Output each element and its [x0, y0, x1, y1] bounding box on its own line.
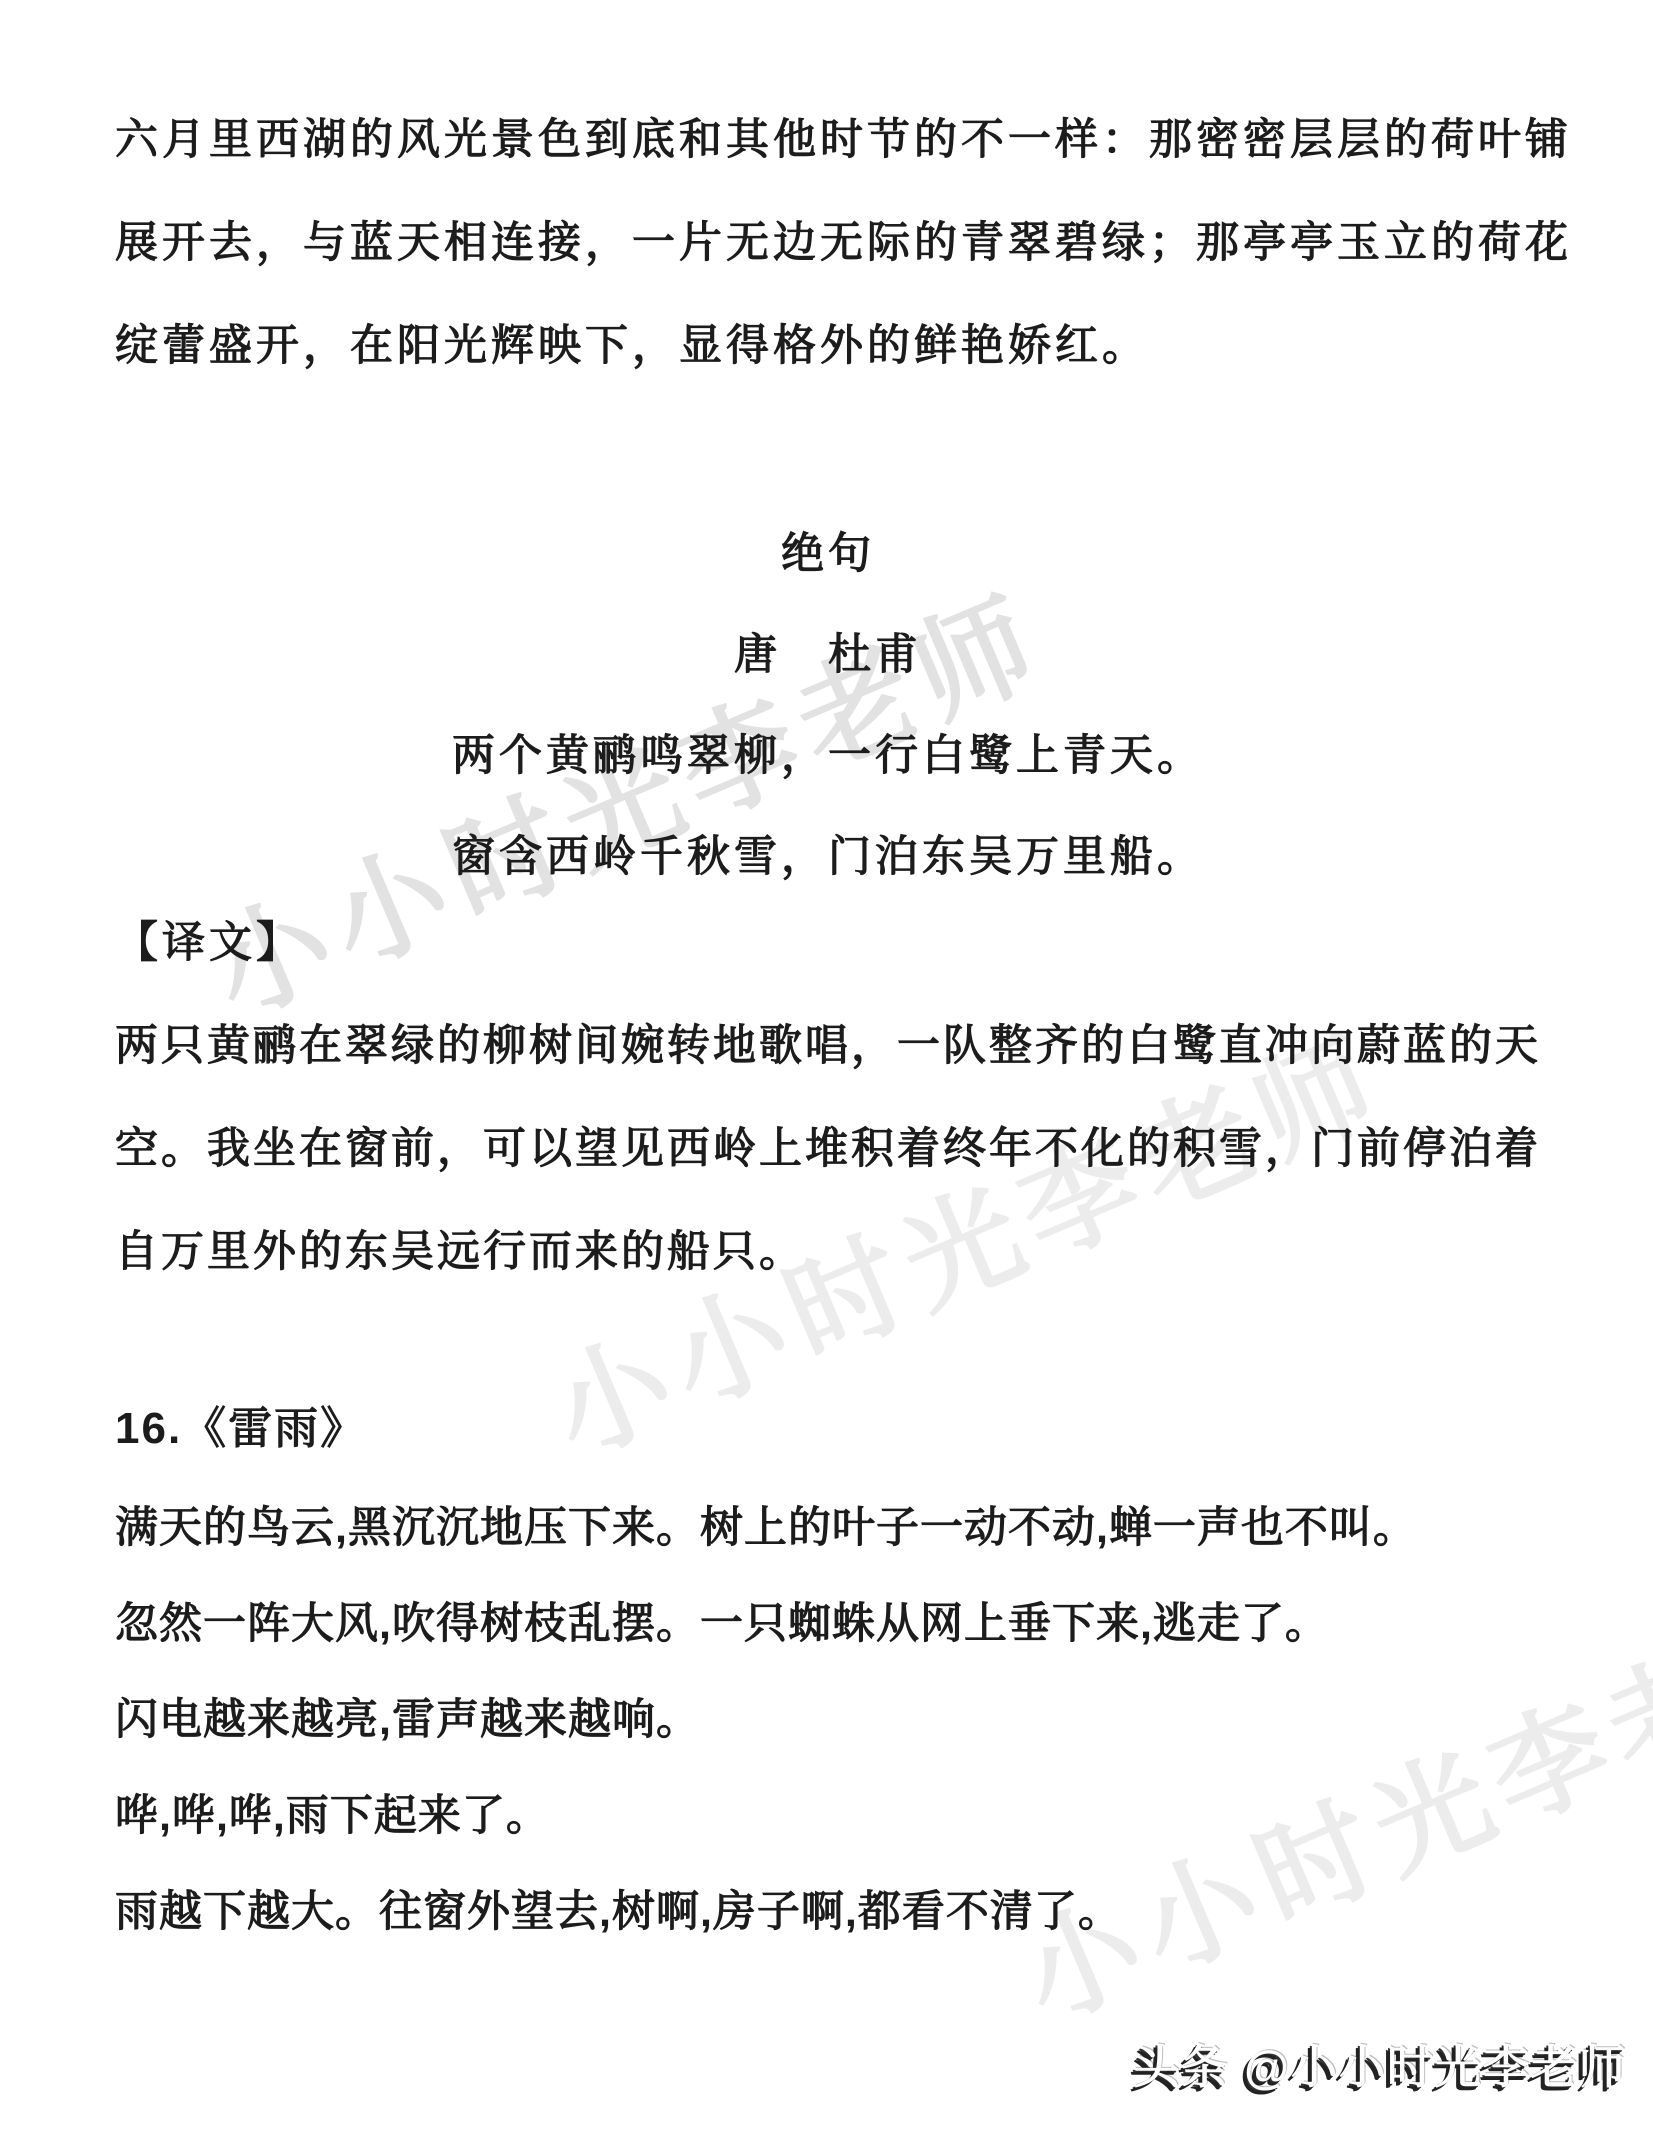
document-page: 小小时光李老师 小小时光李老师 小小时光李老师 六月里西湖的风光景色到底和其他时…	[0, 0, 1653, 2139]
text-line: 展开去，与蓝天相连接，一片无边无际的青翠碧绿；那亭亭玉立的荷花	[115, 192, 1541, 295]
footer-watermark: 头条 @小小时光李老师	[1133, 2031, 1627, 2097]
section-paragraph: 雨越下越大。往窗外望去,树啊,房子啊,都看不清了。	[115, 1864, 1541, 1960]
text-line: 六月里西湖的风光景色到底和其他时节的不一样：那密密层层的荷叶铺	[115, 89, 1541, 192]
poem-line: 两个黄鹂鸣翠柳，一行白鹭上青天。	[115, 706, 1541, 807]
section-paragraph: 闪电越来越亮,雷声越来越响。	[115, 1672, 1541, 1768]
poem-author: 唐 杜甫	[115, 605, 1541, 706]
section-paragraph: 哗,哗,哗,雨下起来了。	[115, 1768, 1541, 1864]
section-block: 16.《雷雨》 满天的鸟云,黑沉沉地压下来。树上的叶子一动不动,蝉一声也不叫。 …	[115, 1377, 1541, 1960]
section-paragraph: 满天的鸟云,黑沉沉地压下来。树上的叶子一动不动,蝉一声也不叫。	[115, 1480, 1541, 1576]
translation-line: 空。我坐在窗前，可以望见西岭上堆积着终年不化的积雪，门前停泊着	[115, 1098, 1541, 1201]
poem-title: 绝句	[115, 504, 1541, 605]
translation-line: 自万里外的东吴远行而来的船只。	[115, 1201, 1541, 1304]
text-line: 绽蕾盛开，在阳光辉映下，显得格外的鲜艳娇红。	[115, 295, 1541, 398]
translation-label: 【译文】	[115, 892, 1541, 995]
section-paragraph: 忽然一阵大风,吹得树枝乱摆。一只蜘蛛从网上垂下来,逃走了。	[115, 1576, 1541, 1672]
translation-block: 【译文】 两只黄鹂在翠绿的柳树间婉转地歌唱，一队整齐的白鹭直冲向蔚蓝的天 空。我…	[115, 892, 1541, 1304]
translation-line: 两只黄鹂在翠绿的柳树间婉转地歌唱，一队整齐的白鹭直冲向蔚蓝的天	[115, 995, 1541, 1098]
intro-paragraph: 六月里西湖的风光景色到底和其他时节的不一样：那密密层层的荷叶铺 展开去，与蓝天相…	[115, 89, 1541, 398]
section-heading: 16.《雷雨》	[115, 1377, 1541, 1480]
poem-block: 绝句 唐 杜甫 两个黄鹂鸣翠柳，一行白鹭上青天。 窗含西岭千秋雪，门泊东吴万里船…	[115, 504, 1541, 908]
